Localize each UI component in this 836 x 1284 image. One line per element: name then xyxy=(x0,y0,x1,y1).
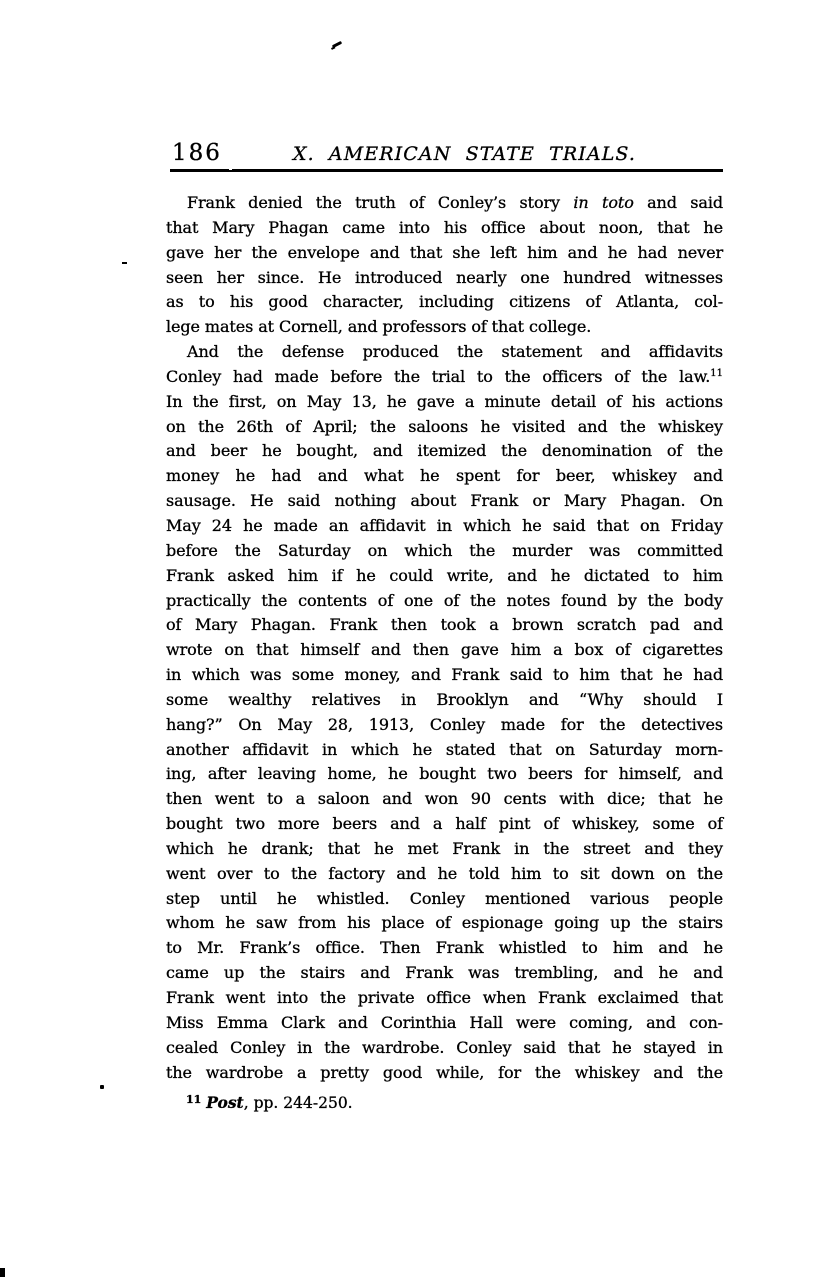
text-segment: Frank denied the truth of Conley’s story xyxy=(187,193,573,212)
text-line: of Mary Phagan. Frank then took a brown … xyxy=(166,613,723,638)
text-line: May 24 he made an affidavit in which he … xyxy=(166,514,723,539)
text-line: hang?” On May 28, 1913, Conley made for … xyxy=(166,713,723,738)
text-line: as to his good character, including citi… xyxy=(166,290,723,315)
text-segment: Miss Emma Clark and Corinthia Hall were … xyxy=(166,1013,723,1032)
header-rule-break xyxy=(229,169,232,170)
text-segment: ing, after leaving home, he bought two b… xyxy=(166,764,723,783)
text-line: came up the stairs and Frank was trembli… xyxy=(166,961,723,986)
running-title: X. AMERICAN STATE TRIALS. xyxy=(206,143,723,165)
text-segment: Frank asked him if he could write, and h… xyxy=(166,566,723,585)
text-line: then went to a saloon and won 90 cents w… xyxy=(166,787,723,812)
text-segment: lege mates at Cornell, and professors of… xyxy=(166,317,591,336)
text-segment: of Mary Phagan. Frank then took a brown … xyxy=(166,615,723,634)
text-segment: the wardrobe a pretty good while, for th… xyxy=(166,1063,723,1082)
text-segment: before the Saturday on which the murder … xyxy=(166,541,723,560)
text-segment: as to his good character, including citi… xyxy=(166,292,723,311)
text-segment: practically the contents of one of the n… xyxy=(166,591,723,610)
text-line: and beer he bought, and itemized the den… xyxy=(166,439,723,464)
text-segment: cealed Conley in the wardrobe. Conley sa… xyxy=(166,1038,723,1057)
text-segment: money he had and what he spent for beer,… xyxy=(166,466,723,485)
text-line: money he had and what he spent for beer,… xyxy=(166,464,723,489)
text-segment: In the first, on May 13, he gave a minut… xyxy=(166,392,723,411)
text-line: which he drank; that he met Frank in the… xyxy=(166,837,723,862)
text-segment: went over to the factory and he told him… xyxy=(166,864,723,883)
text-segment: seen her since. He introduced nearly one… xyxy=(166,268,723,287)
page-header: 186 X. AMERICAN STATE TRIALS. xyxy=(166,138,723,170)
text-line: to Mr. Frank’s office. Then Frank whistl… xyxy=(166,936,723,961)
text-segment: came up the stairs and Frank was trembli… xyxy=(166,963,723,982)
text-line: some wealthy relatives in Brooklyn and “… xyxy=(166,688,723,713)
text-line: In the first, on May 13, he gave a minut… xyxy=(166,390,723,415)
text-line: Frank asked him if he could write, and h… xyxy=(166,564,723,589)
text-line: Conley had made before the trial to the … xyxy=(166,365,723,390)
text-segment: gave her the envelope and that she left … xyxy=(166,243,723,262)
text-line: Miss Emma Clark and Corinthia Hall were … xyxy=(166,1011,723,1036)
ink-speck xyxy=(332,41,342,48)
text-line: seen her since. He introduced nearly one… xyxy=(166,266,723,291)
text-segment: sausage. He said nothing about Frank or … xyxy=(166,491,723,510)
text-segment: that Mary Phagan came into his office ab… xyxy=(166,218,723,237)
text-segment: step until he whistled. Conley mentioned… xyxy=(166,889,723,908)
text-line: cealed Conley in the wardrobe. Conley sa… xyxy=(166,1036,723,1061)
book-page: 186 X. AMERICAN STATE TRIALS. Frank deni… xyxy=(0,0,836,1284)
text-line: the wardrobe a pretty good while, for th… xyxy=(166,1061,723,1086)
text-segment: in which was some money, and Frank said … xyxy=(166,665,723,684)
text-line: that Mary Phagan came into his office ab… xyxy=(166,216,723,241)
text-segment: then went to a saloon and won 90 cents w… xyxy=(166,789,723,808)
margin-mark xyxy=(122,262,127,264)
text-segment: and beer he bought, and itemized the den… xyxy=(166,441,723,460)
text-segment: whom he saw from his place of espionage … xyxy=(166,913,723,932)
margin-mark xyxy=(100,1085,104,1089)
text-segment: , pp. 244-250. xyxy=(244,1094,353,1112)
scan-edge-artifact xyxy=(0,1268,5,1277)
text-segment: wrote on that himself and then gave him … xyxy=(166,640,723,659)
text-line: wrote on that himself and then gave him … xyxy=(166,638,723,663)
text-line: went over to the factory and he told him… xyxy=(166,862,723,887)
text-line: practically the contents of one of the n… xyxy=(166,589,723,614)
text-line: bought two more beers and a half pint of… xyxy=(166,812,723,837)
text-segment: on the 26th of April; the saloons he vis… xyxy=(166,417,723,436)
text-line: lege mates at Cornell, and professors of… xyxy=(166,315,723,340)
text-line: gave her the envelope and that she left … xyxy=(166,241,723,266)
text-segment: some wealthy relatives in Brooklyn and “… xyxy=(166,690,723,709)
footnote: 11 Post, pp. 244-250. xyxy=(166,1092,743,1114)
text-line: step until he whistled. Conley mentioned… xyxy=(166,887,723,912)
text-line: on the 26th of April; the saloons he vis… xyxy=(166,415,723,440)
italic-text: in toto xyxy=(573,193,633,212)
text-segment: May 24 he made an affidavit in which he … xyxy=(166,516,723,535)
text-line: Frank went into the private office when … xyxy=(166,986,723,1011)
text-segment: another affidavit in which he stated tha… xyxy=(166,740,723,759)
text-line: sausage. He said nothing about Frank or … xyxy=(166,489,723,514)
text-segment: hang?” On May 28, 1913, Conley made for … xyxy=(166,715,723,734)
text-segment: bought two more beers and a half pint of… xyxy=(166,814,723,833)
footnote-marker: 11 xyxy=(186,1093,201,1106)
italic-text: Post xyxy=(206,1093,243,1112)
header-rule xyxy=(170,169,723,172)
text-line: Frank denied the truth of Conley’s story… xyxy=(166,191,723,216)
text-line: in which was some money, and Frank said … xyxy=(166,663,723,688)
text-segment: and said xyxy=(634,193,723,212)
text-line: And the defense produced the statement a… xyxy=(166,340,723,365)
text-line: whom he saw from his place of espionage … xyxy=(166,911,723,936)
footnote-marker: 11 xyxy=(710,368,723,379)
text-line: before the Saturday on which the murder … xyxy=(166,539,723,564)
text-segment: Conley had made before the trial to the … xyxy=(166,367,710,386)
text-segment: Frank went into the private office when … xyxy=(166,988,723,1007)
text-segment: which he drank; that he met Frank in the… xyxy=(166,839,723,858)
text-line: another affidavit in which he stated tha… xyxy=(166,738,723,763)
text-segment: to Mr. Frank’s office. Then Frank whistl… xyxy=(166,938,723,957)
text-line: ing, after leaving home, he bought two b… xyxy=(166,762,723,787)
text-segment: And the defense produced the statement a… xyxy=(187,342,723,361)
page-body: Frank denied the truth of Conley’s story… xyxy=(166,191,723,1085)
